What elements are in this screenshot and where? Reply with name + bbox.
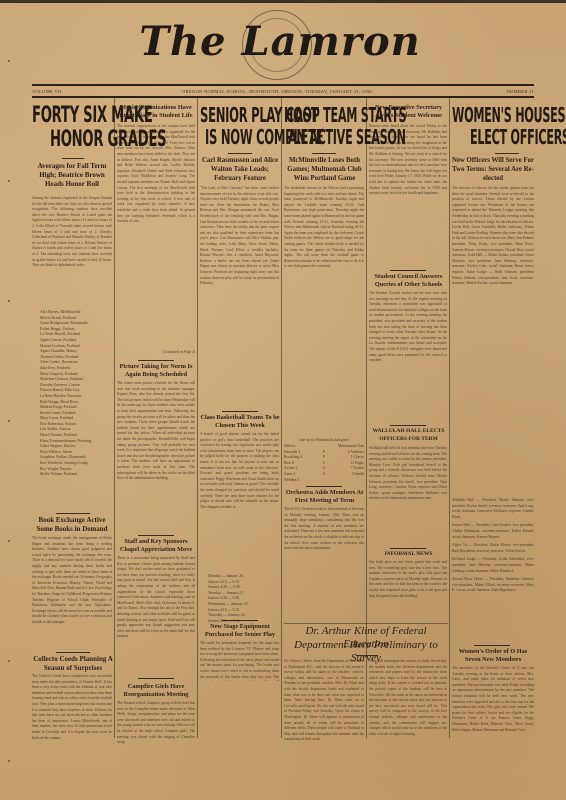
article-headline: New Stage Equipment Purchased for Senior… [199,623,281,638]
divider [306,486,342,487]
article-body: Rumors were heard about the school Frida… [369,124,447,268]
officer-list-paragraph: Second Floor Dorm — President, Madeline … [452,577,534,594]
divider [390,548,426,549]
article-body: Wallulah hall held its first meeting thi… [369,446,447,542]
article-body: Our halls gave us two fewer guests this … [369,560,447,618]
officer-lists: Wallulah Hall — President, Myrtle Johnso… [452,498,534,638]
issue-number: NUMBER 11 [507,89,534,94]
column-divider [197,98,198,738]
article-body: The Collecto Coeds have completed a very… [32,674,112,770]
divider [56,513,90,514]
divider [56,652,90,653]
officer-list-paragraph: Jessica Hall — President, Ceta Kessler; … [452,523,534,540]
article-body: They will investigate the courses of stu… [369,659,447,771]
article-headline: Collecto Coeds Planning A Season of Surp… [32,655,114,673]
lineup-cell [331,478,364,484]
article-body: The election of officers for the winter … [452,186,534,498]
masthead-title: The Lamron [130,14,430,70]
article-body: The members of the Women's Order of O me… [452,666,534,740]
dateline-rule [32,96,534,98]
article-body: The need for permanent draperies for the… [200,641,279,681]
officer-list-paragraph: Alpha Chi — President, Mattie Moore; vic… [452,543,534,554]
subheadline: New Officers Will Serve For Two Terms: S… [451,156,535,183]
publication-date: OREGON NORMAL SCHOOL, MONMOUTH, OREGON, … [182,89,373,94]
officer-list-paragraph: Richland Lodge — President, Lydia Sieben… [452,557,534,574]
divider [495,153,519,154]
article-headline: Class Basketball Teams To be Chosen This… [199,414,281,429]
article-body: The musical organizations of the campus … [117,124,195,350]
article-headline: New Executive Secretary Awaits Student W… [368,104,449,119]
article-body: The book exchange under the management o… [32,536,112,650]
divider [312,153,336,154]
column-divider [281,98,282,738]
masthead-rule [32,84,534,86]
divider [390,270,426,271]
article-headline: Orchestra Adds Members At First Meeting … [283,489,366,504]
divider [228,153,252,154]
lineup-row: Weddan 3 [284,478,364,484]
masthead: The Lamron [130,14,430,70]
subheadline: Carl Rasmussen and Alice Walton Take Lea… [199,156,281,183]
column-divider [114,98,115,738]
divider [62,158,84,159]
lineup-cell: Weddan 3 [284,478,317,484]
lineup-cell [317,478,331,484]
volume-number: VOLUME VII [32,89,62,94]
headline-line: WOMEN'S HOUSES [452,104,565,126]
lineup-table: WolvesMultnomah ClubEdwards 2F4 AndrewsB… [284,444,364,483]
divider [390,425,426,426]
article-headline: INFORMAL NEWS [368,551,449,559]
divider [138,535,174,536]
newspaper-page: The Lamron VOLUME VII OREGON NORMAL SCHO… [0,0,566,800]
article-headline: Picture Taking for Norm Is Again Being S… [116,363,196,378]
divider [222,411,258,412]
article-body: There is a movement being sponsored by S… [117,556,195,670]
article-body: A bunch of good players turned out for t… [200,432,279,532]
divider [474,645,510,646]
subheadline: Averages for Fall Term High; Beatrice Br… [32,162,112,189]
article-body: The Student Council started out the new … [369,291,447,426]
column-divider [449,98,450,738]
article-headline: Music Organizations Have Front Place in … [116,104,196,119]
article-body: The winter term picture schedule for the… [117,381,195,531]
article-body: The basketball season for the Wolves had… [284,186,364,410]
article-body: Among the students registered at the Ore… [32,196,112,308]
article-body: "The Lady of Mrs. Cheyney" has been, som… [200,186,279,408]
divider [138,360,174,361]
article-body: The O.N.S. Orchestra held its first rehe… [284,507,364,625]
dateline: VOLUME VII OREGON NORMAL SCHOOL, MONMOUT… [32,87,534,96]
divider [138,678,174,679]
continued-note: (Continued on Page 4) [117,350,195,356]
honor-roll-list: Alys Barnes, McMinnville.Melvin Brush, P… [32,310,112,478]
practice-schedule: Monday — January 20.Juniors 4:15 — 5:15.… [200,574,279,624]
divider [356,655,378,656]
article-body: The Normal school Campfire group will be… [117,701,195,771]
headline-line: ELECT OFFICERS [470,126,566,148]
article-headline: Women's Order of O Has Seven New Members [451,648,535,663]
article-headline: WALLULAH HALL ELECTS OFFICERS FOR TERM [368,428,449,443]
scan-top-edge [0,0,566,3]
divider [222,620,258,621]
article-body: Dr. Arthur J. Kline, from the Department… [284,659,364,771]
officer-list-paragraph: Wallulah Hall — President, Myrtle Johnso… [452,498,534,520]
divider [284,623,448,624]
article-headline: Staff and Key Sponsors Chapel Appreciati… [116,538,196,553]
subheadline: McMinnville Loses Both Games; Multnomah … [283,156,366,183]
honor-roll-entry: Mollie Yokum, Portland. [32,472,112,478]
article-headline: Book Exchange Active Some Books in Deman… [32,516,112,534]
article-headline: Student Council Answers Queries of Other… [368,273,449,288]
article-headline: Campfire Girls Have Reorganization Meeti… [116,683,196,698]
